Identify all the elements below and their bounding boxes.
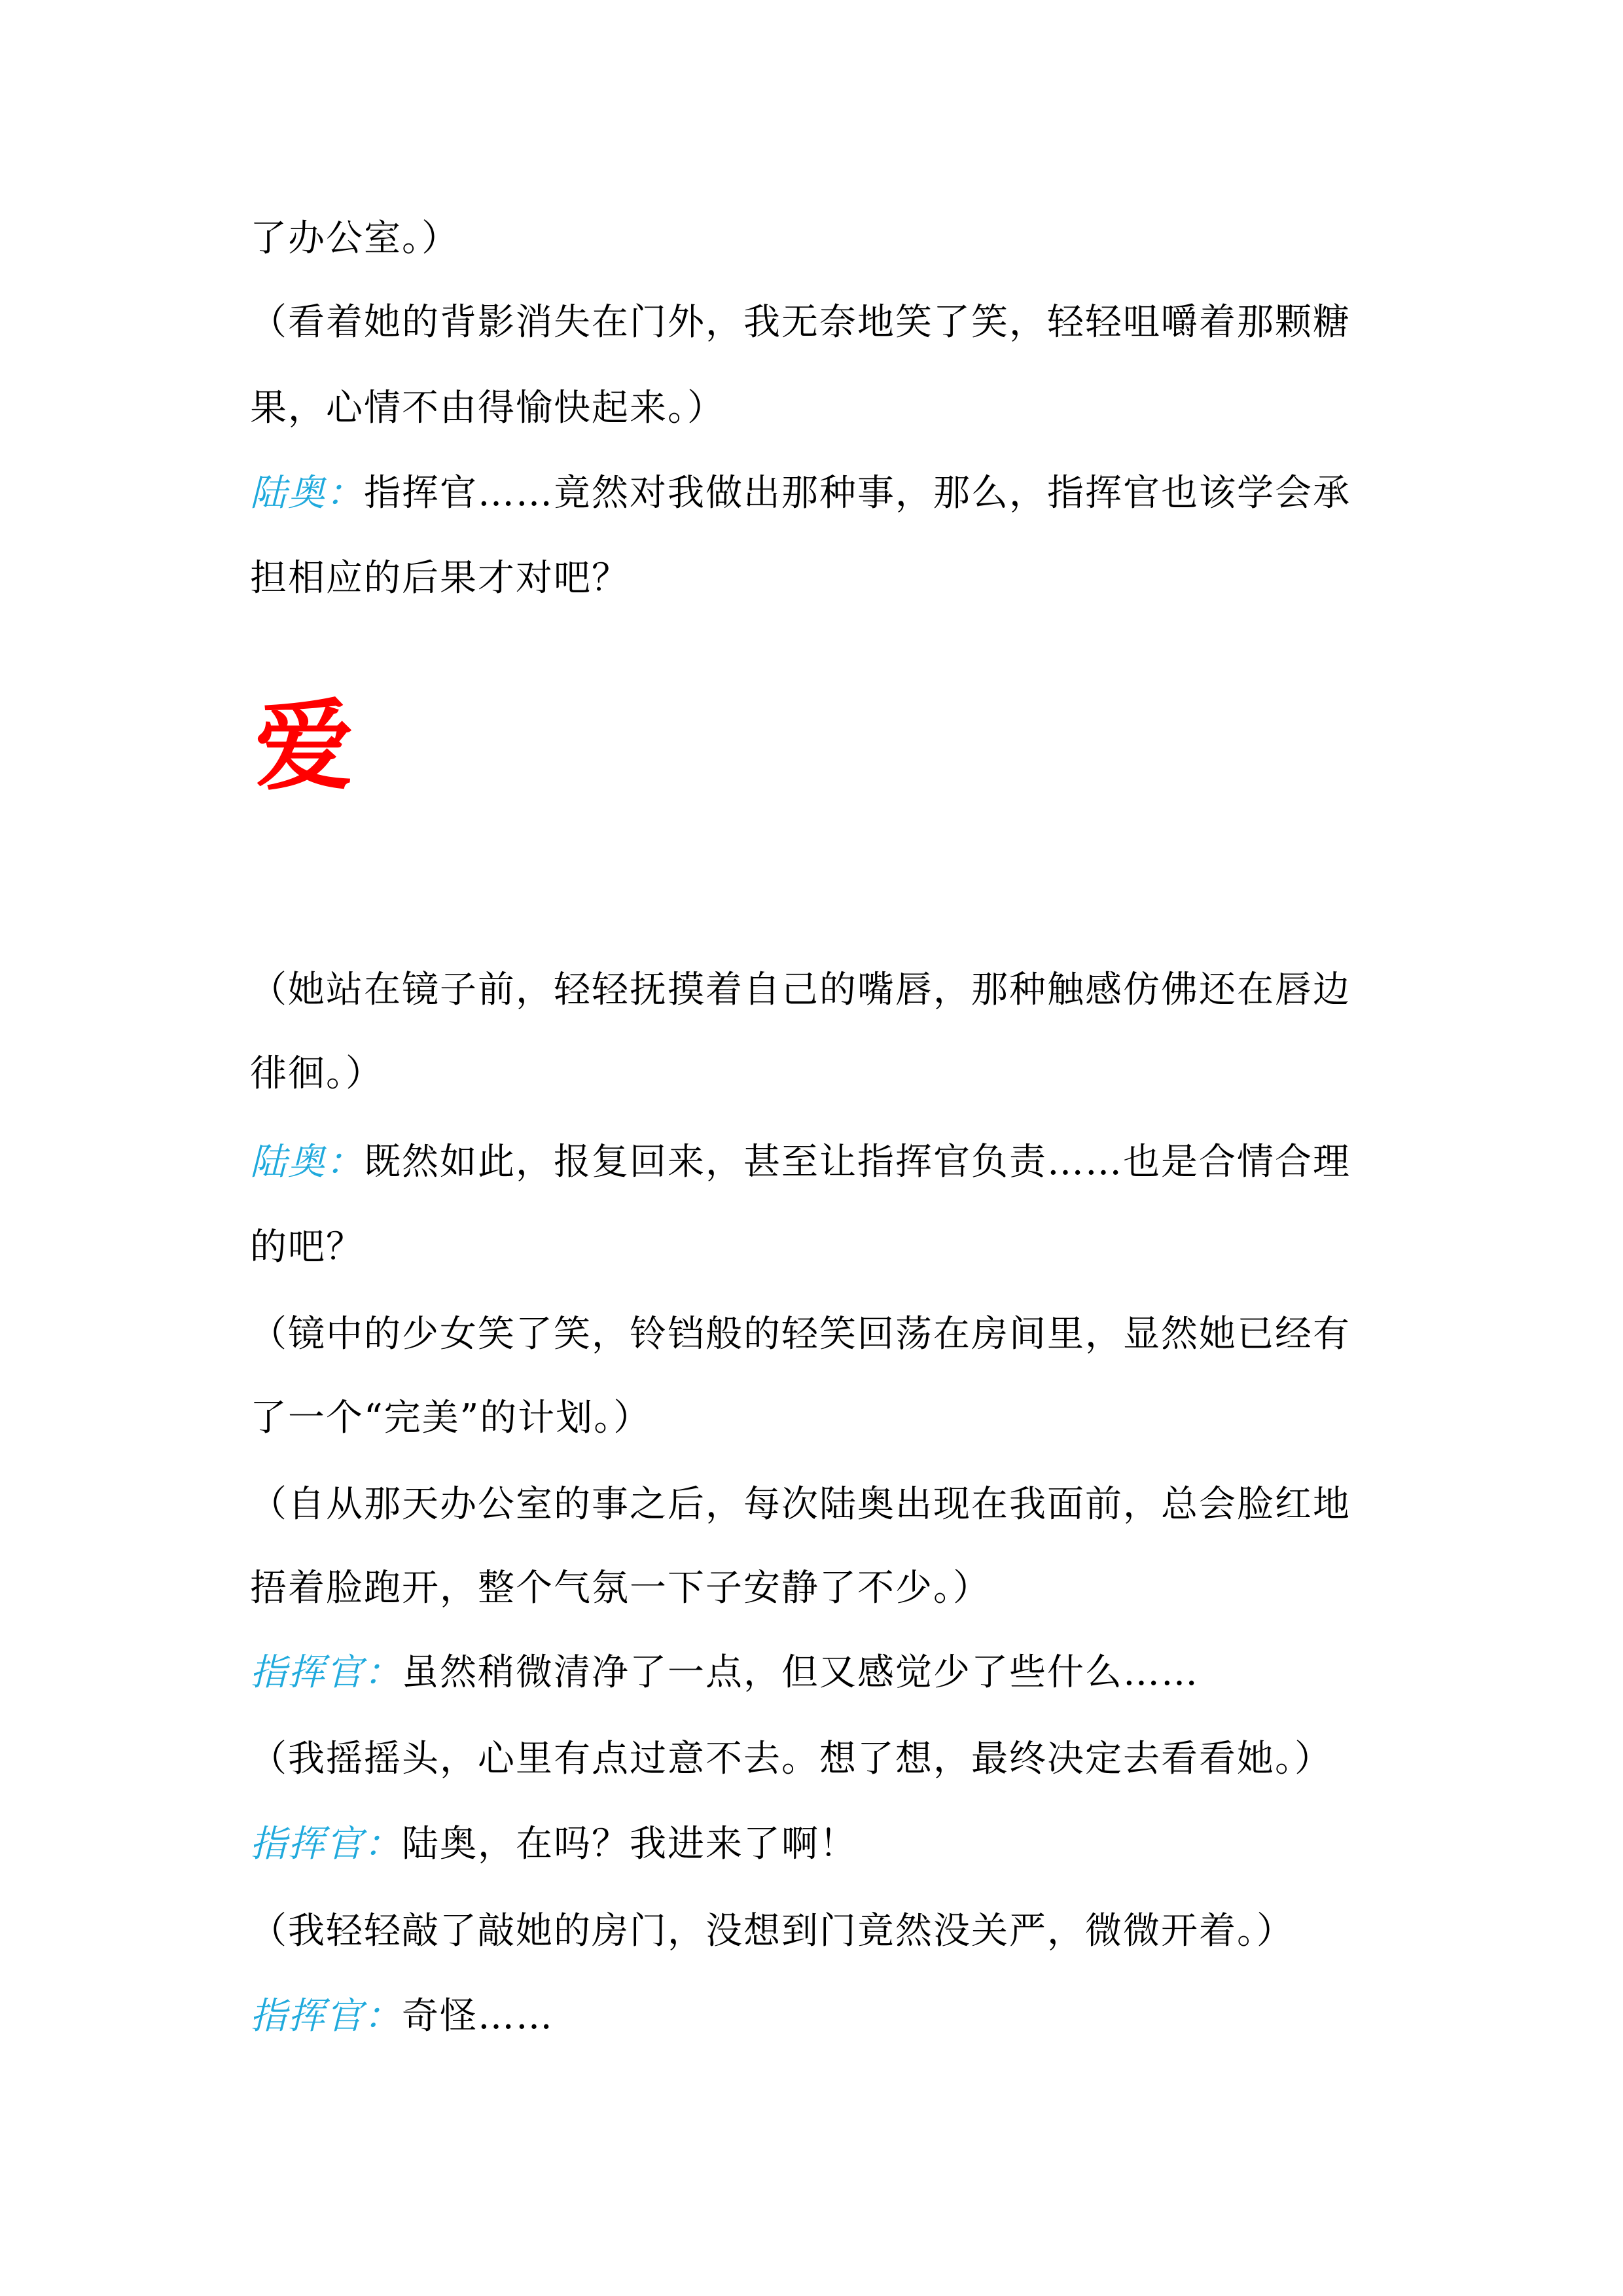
dialogue-text: 虽然稍微清净了一点，但又感觉少了些什么……: [402, 1651, 1199, 1694]
speaker-name: 指挥官：: [250, 1995, 402, 2037]
narration-text: 徘徊。）: [250, 1052, 383, 1095]
section-heading: 爱: [255, 694, 353, 798]
narration-text: （我摇摇头，心里有点过意不去。想了想，最终决定去看看她。）: [250, 1738, 1332, 1780]
narration-line: 果，心情不由得愉快起来。）: [250, 385, 1376, 432]
narration-text: 捂着脸跑开，整个气氛一下子安静了不少。）: [250, 1567, 991, 1609]
narration-line: 担相应的后果才对吧？: [250, 555, 1376, 602]
dialogue-line: 指挥官：虽然稍微清净了一点，但又感觉少了些什么……: [250, 1649, 1376, 1696]
narration-line: （她站在镜子前，轻轻抚摸着自己的嘴唇，那种触感仿佛还在唇边: [250, 967, 1376, 1014]
dialogue-line: 陆奥：既然如此，报复回来，甚至让指挥官负责……也是合情合理: [250, 1139, 1376, 1186]
narration-line: （我轻轻敲了敲她的房门，没想到门竟然没关严，微微开着。）: [250, 1908, 1376, 1955]
narration-line: 了一个“完美”的计划。）: [250, 1395, 1376, 1442]
narration-text: （我轻轻敲了敲她的房门，没想到门竟然没关严，微微开着。）: [250, 1910, 1294, 1952]
speaker-name: 陆奥：: [250, 1141, 364, 1183]
narration-line: 了办公室。）: [250, 215, 1376, 262]
narration-line: 的吧？: [250, 1224, 1376, 1271]
narration-line: （镜中的少女笑了笑，铃铛般的轻笑回荡在房间里，显然她已经有: [250, 1311, 1376, 1358]
dialogue-text: 既然如此，报复回来，甚至让指挥官负责……也是合情合理: [364, 1141, 1351, 1183]
narration-text: 了一个“完美”的计划。）: [250, 1397, 651, 1439]
narration-text: 了办公室。）: [250, 217, 459, 260]
narration-text: 担相应的后果才对吧？: [250, 557, 630, 600]
narration-text: （看着她的背影消失在门外，我无奈地笑了笑，轻轻咀嚼着那颗糖: [250, 301, 1351, 344]
dialogue-text: 指挥官……竟然对我做出那种事，那么，指挥官也该学会承: [364, 472, 1351, 514]
narration-text: 的吧？: [250, 1226, 364, 1268]
speaker-name: 指挥官：: [250, 1823, 402, 1865]
narration-text: （她站在镜子前，轻轻抚摸着自己的嘴唇，那种触感仿佛还在唇边: [250, 969, 1351, 1011]
dialogue-text: 陆奥，在吗？我进来了啊！: [402, 1823, 857, 1865]
narration-line: （我摇摇头，心里有点过意不去。想了想，最终决定去看看她。）: [250, 1736, 1376, 1783]
narration-line: 徘徊。）: [250, 1050, 1376, 1098]
narration-line: 捂着脸跑开，整个气氛一下子安静了不少。）: [250, 1565, 1376, 1612]
dialogue-line: 指挥官：陆奥，在吗？我进来了啊！: [250, 1821, 1376, 1868]
dialogue-text: 奇怪……: [402, 1995, 554, 2037]
narration-text: 果，心情不由得愉快起来。）: [250, 387, 725, 429]
dialogue-line: 陆奥：指挥官……竟然对我做出那种事，那么，指挥官也该学会承: [250, 470, 1376, 517]
narration-line: （看着她的背影消失在门外，我无奈地笑了笑，轻轻咀嚼着那颗糖: [250, 299, 1376, 346]
narration-text: （镜中的少女笑了笑，铃铛般的轻笑回荡在房间里，显然她已经有: [250, 1313, 1351, 1355]
speaker-name: 陆奥：: [250, 472, 364, 514]
speaker-name: 指挥官：: [250, 1651, 402, 1694]
document-page: 了办公室。） （看着她的背影消失在门外，我无奈地笑了笑，轻轻咀嚼着那颗糖 果，心…: [0, 0, 1623, 2296]
dialogue-line: 指挥官：奇怪……: [250, 1993, 1376, 2040]
narration-text: （自从那天办公室的事之后，每次陆奥出现在我面前，总会脸红地: [250, 1483, 1351, 1526]
narration-line: （自从那天办公室的事之后，每次陆奥出现在我面前，总会脸红地: [250, 1481, 1376, 1528]
